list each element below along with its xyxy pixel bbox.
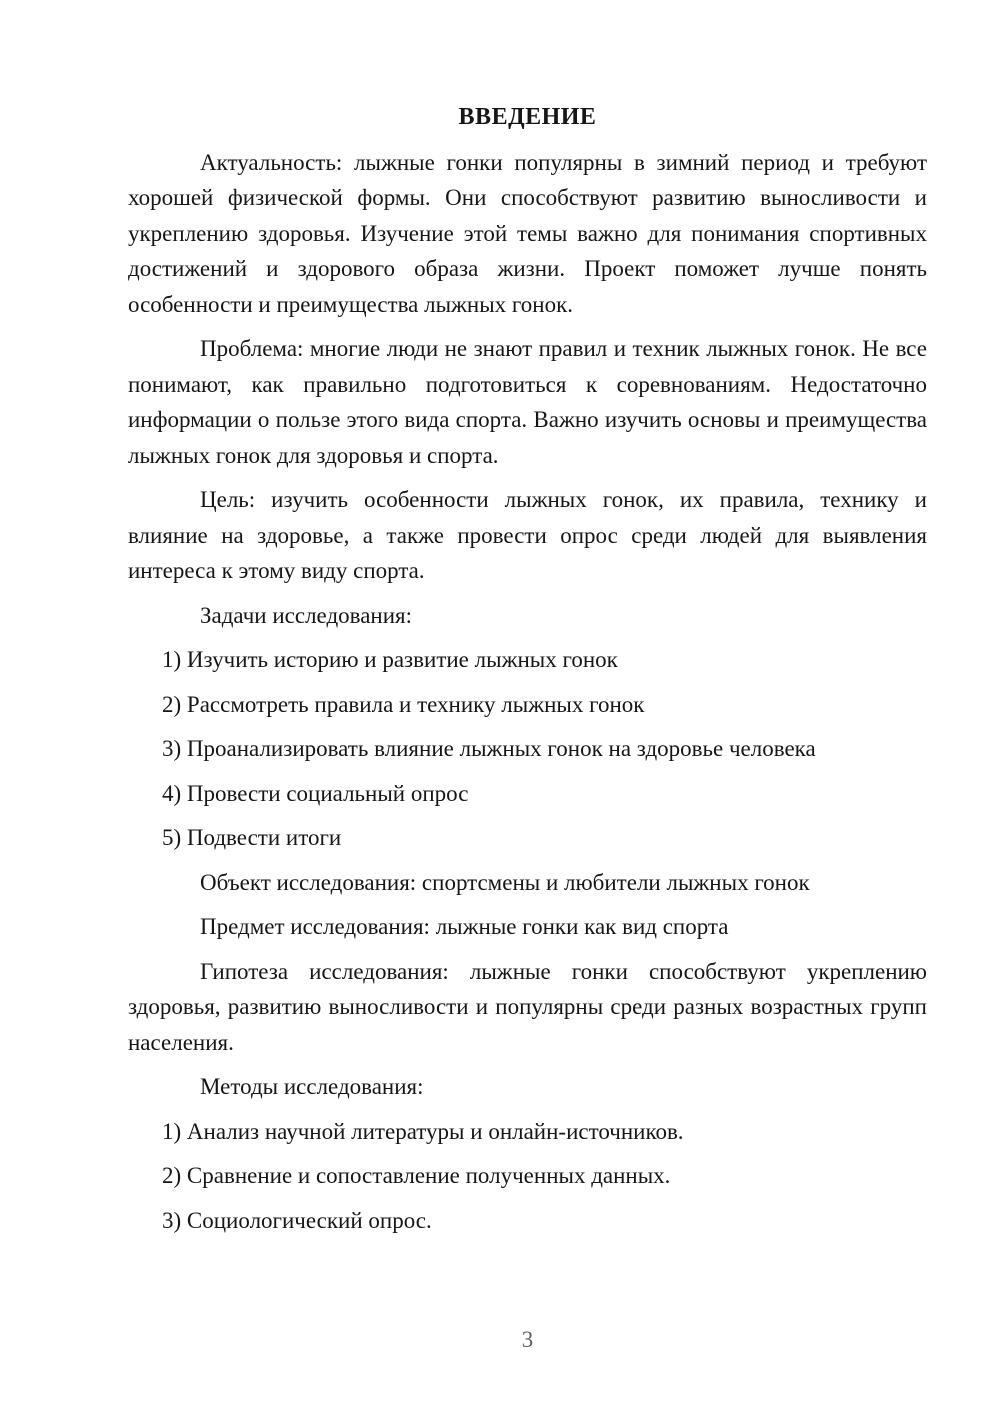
- paragraph-problem: Проблема: многие люди не знают правил и …: [128, 331, 927, 473]
- task-item-4: 4) Провести социальный опрос: [128, 776, 927, 812]
- task-item-2: 2) Рассмотреть правила и технику лыжных …: [128, 687, 927, 723]
- paragraph-hypothesis: Гипотеза исследования: лыжные гонки спос…: [128, 954, 927, 1061]
- document-page: ВВЕДЕНИЕ Актуальность: лыжные гонки попу…: [0, 0, 1000, 1414]
- method-item-3: 3) Социологический опрос.: [128, 1203, 927, 1239]
- paragraph-relevance: Актуальность: лыжные гонки популярны в з…: [128, 145, 927, 323]
- methods-heading: Методы исследования:: [128, 1069, 927, 1105]
- task-item-3: 3) Проанализировать влияние лыжных гонок…: [128, 731, 927, 767]
- paragraph-research-object: Объект исследования: спортсмены и любите…: [128, 865, 927, 901]
- method-item-1: 1) Анализ научной литературы и онлайн-ис…: [128, 1114, 927, 1150]
- method-item-2: 2) Сравнение и сопоставление полученных …: [128, 1158, 927, 1194]
- paragraph-research-subject: Предмет исследования: лыжные гонки как в…: [128, 909, 927, 945]
- task-item-1: 1) Изучить историю и развитие лыжных гон…: [128, 642, 927, 678]
- page-title: ВВЕДЕНИЕ: [128, 100, 927, 136]
- tasks-heading: Задачи исследования:: [128, 598, 927, 634]
- task-item-5: 5) Подвести итоги: [128, 820, 927, 856]
- page-number: 3: [128, 1322, 927, 1358]
- paragraph-goal: Цель: изучить особенности лыжных гонок, …: [128, 482, 927, 589]
